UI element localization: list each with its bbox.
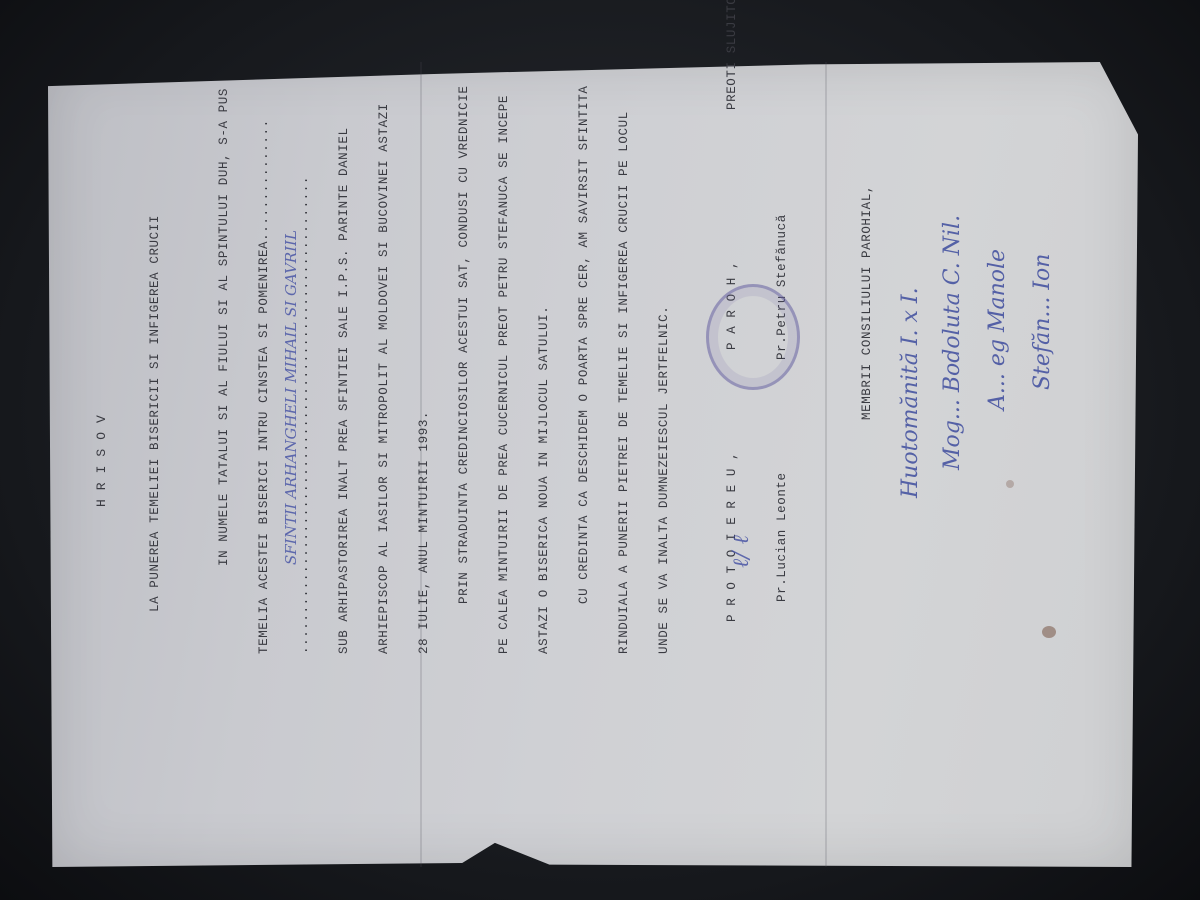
paragraph-line: CU CREDINTA CA DESCHIDEM O POARTA SPRE C… [577, 86, 591, 604]
handwritten-signature: Huotomănită I. x I. [898, 287, 923, 498]
document-title: H R I S O V [94, 415, 109, 507]
handwritten-signature: Mog... Bodoluta C. Nil. [940, 215, 965, 470]
paragraph-line: ASTAZI O BISERICA NOUA IN MIJLOCUL SATUL… [537, 306, 551, 654]
paragraph-line: 28 IULIE, ANUL MINTUIRII 1993. [417, 411, 431, 654]
paragraph-line: UNDE SE VA INALTA DUMNEZEIESCUL JERTFELN… [657, 306, 671, 654]
paragraph-line: SUB ARHIPASTORIREA INALT PREA SFINTIEI S… [337, 127, 351, 654]
paragraph-line: TEMELIA ACESTEI BISERICI INTRU CINSTEA S… [257, 119, 271, 654]
preoti-slujitori-label: PREOTI SLUJITORI, [725, 0, 739, 110]
document-subtitle: LA PUNEREA TEMELIEI BISERICII SI INFIGER… [148, 215, 162, 612]
protoiereu-signature: ℓ/ ℓ [728, 535, 754, 568]
paragraph-line: PRIN STRADUINTA CREDINCIOSILOR ACESTUI S… [457, 86, 471, 604]
handwritten-signature: Stefăn... Ion [1030, 254, 1055, 390]
handwritten-signature: A... eg Manole [985, 249, 1010, 410]
handwritten-dedication: SFINTII ARHANGHELI MIHAIL SI GAVRIIL [282, 230, 300, 565]
council-label: MEMBRII CONSILIULUI PAROHIAL, [860, 185, 874, 420]
protoiereu-name: Pr.Lucian Leonte [775, 472, 789, 602]
paragraph-line: IN NUMELE TATALUI SI AL FIULUI SI AL SPI… [217, 88, 231, 566]
parish-stamp [706, 284, 800, 390]
paragraph-line: PE CALEA MINTUIRII DE PREA CUCERNICUL PR… [497, 95, 511, 654]
document-content: H R I S O V LA PUNEREA TEMELIEI BISERICI… [60, 70, 1140, 830]
paragraph-line: ARHIEPISCOP AL IASILOR SI MITROPOLIT AL … [377, 103, 391, 654]
paragraph-line: RINDUIALA A PUNERII PIETREI DE TEMELIE S… [617, 111, 631, 654]
